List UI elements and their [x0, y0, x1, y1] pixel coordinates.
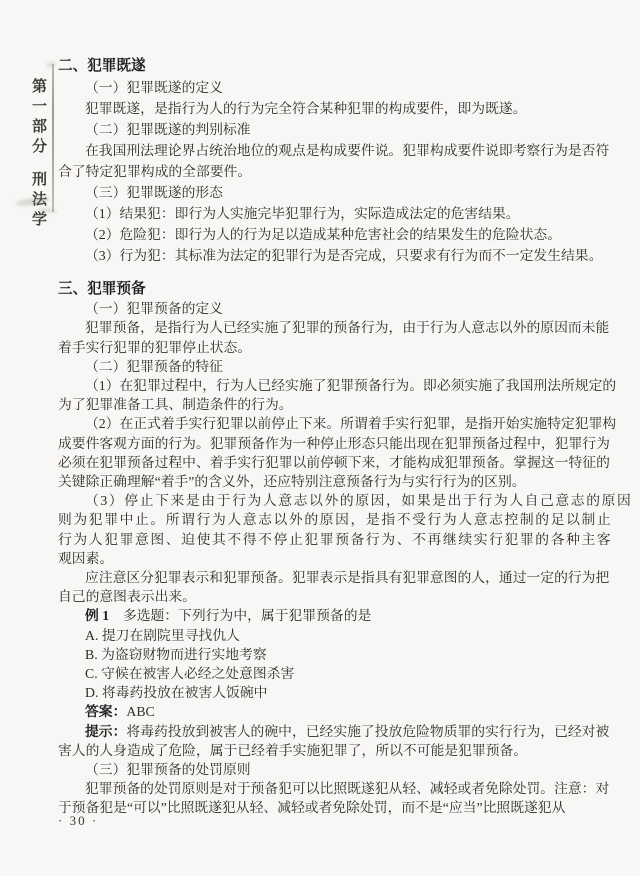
text-line: 提示：将毒药投放到被害人的碗中，已经实施了投放危险物质罪的实行行为，已经对被 [58, 722, 618, 741]
text-line: 行为人犯罪意图、迫使其不得不停止犯罪预备行为、不再继续实行犯罪的各种主客 [58, 530, 618, 549]
text-line: 害人的人身造成了危险，属于已经着手实施犯罪了，所以不可能是犯罪预备。 [58, 741, 618, 760]
text-line: 必须在犯罪预备过程中、着手实行犯罪以前停顿下来，才能构成犯罪预备。掌握这一特征的 [58, 453, 618, 472]
text-line: 犯罪预备的处罚原则是对于预备犯可以比照既遂犯从轻、减轻或者免除处罚。注意：对 [58, 779, 618, 798]
text-line: （一）犯罪既遂的定义 [58, 77, 618, 98]
text-line: （二）犯罪预备的特征 [58, 357, 618, 376]
text-line: 于预备犯是“可以”比照既遂犯从轻、减轻或者免除处罚，而不是“应当”比照既遂犯从 [58, 798, 618, 817]
text-line: 犯罪既遂，是指行为人的行为完全符合某种犯罪的构成要件，即为既遂。 [58, 98, 618, 119]
text-line: 观因素。 [58, 549, 618, 568]
text-line: （3）停止下来是由于行为人意志以外的原因，如果是出于行为人自己意志的原因 [58, 491, 618, 510]
text-line: 则为犯罪中止。所谓行为人意志以外的原因，是指不受行为人意志控制的足以制止 [58, 510, 618, 529]
text-line: （2）危险犯：即行为人的行为足以造成某种危害社会的结果发生的危险状态。 [58, 224, 618, 245]
text-line: （三）犯罪既遂的形态 [58, 182, 618, 203]
text-line: 着手实行犯罪的犯罪停止状态。 [58, 338, 618, 357]
page-body-text: 二、犯罪既遂（一）犯罪既遂的定义犯罪既遂，是指行为人的行为完全符合某种犯罪的构成… [58, 56, 618, 818]
text-line: （一）犯罪预备的定义 [58, 299, 618, 318]
text-line: 在我国刑法理论界占统治地位的观点是构成要件说。犯罪构成要件说即考察行为是否符 [58, 140, 618, 161]
text-line: （2）在正式着手实行犯罪以前停止下来。所谓着手实行犯罪，是指开始实施特定犯罪构 [58, 414, 618, 433]
text-line: 二、犯罪既遂 [58, 56, 618, 77]
text-line: （1）结果犯：即行为人实施完毕犯罪行为，实际造成法定的危害结果。 [58, 203, 618, 224]
sidebar-part-label: 第一部分 [28, 78, 49, 158]
text-line: 自己的意图表示出来。 [58, 587, 618, 606]
line-label: 提示： [85, 724, 126, 739]
text-line: 成要件客观方面的行为。犯罪预备作为一种停止形态只能出现在犯罪预备过程中，犯罪行为 [58, 434, 618, 453]
text-line: A. 提刀在剧院里寻找仇人 [58, 626, 618, 645]
text-line: （二）犯罪既遂的判别标准 [58, 119, 618, 140]
text-line: 合了特定犯罪构成的全部要件。 [58, 161, 618, 182]
textbook-page: 第一部分 刑法学 二、犯罪既遂（一）犯罪既遂的定义犯罪既遂，是指行为人的行为完全… [0, 0, 640, 876]
text-line: （3）行为犯：其标准为法定的犯罪行为是否完成，只要求有行为而不一定发生结果。 [58, 245, 618, 266]
text-line: 三、犯罪预备 [58, 280, 618, 299]
text-line: 犯罪预备，是指行为人已经实施了犯罪的预备行为，由于行为人意志以外的原因而未能 [58, 318, 618, 337]
text-line: B. 为盗窃财物而进行实地考察 [58, 645, 618, 664]
sidebar-divider-line [52, 64, 54, 212]
text-line: （1）在犯罪过程中，行为人已经实施了犯罪预备行为。即必须实施了我国刑法所规定的 [58, 376, 618, 395]
scan-smudge [46, 61, 57, 68]
text-line: 答案：ABC [58, 702, 618, 721]
text-line: （三）犯罪预备的处罚原则 [58, 760, 618, 779]
text-line: C. 守候在被害人必经之处意图杀害 [58, 664, 618, 683]
text-line: D. 将毒药投放在被害人饭碗中 [58, 683, 618, 702]
line-label: 例 1 [85, 608, 109, 623]
text-line: 为了犯罪准备工具、制造条件的行为。 [58, 395, 618, 414]
page-number: · 30 · [58, 813, 98, 829]
text-line: 应注意区分犯罪表示和犯罪预备。犯罪表示是指具有犯罪意图的人，通过一定的行为把 [58, 568, 618, 587]
line-label: 答案： [85, 704, 126, 719]
text-line: 例 1 多选题：下列行为中，属于犯罪预备的是 [58, 606, 618, 625]
text-line: 关键除正确理解“着手”的含义外，还应特别注意预备行为与实行行为的区别。 [58, 472, 618, 491]
